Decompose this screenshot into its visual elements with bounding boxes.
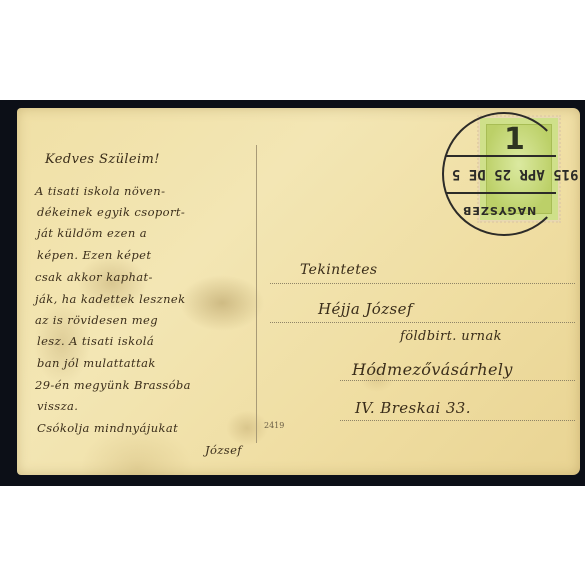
- address-line-2: [270, 322, 575, 323]
- message-line: Csókolja mindnyájukat: [37, 421, 178, 435]
- address-recipient: Héjja József: [318, 300, 413, 318]
- message-line: ban jól mulattattak: [37, 356, 156, 370]
- address-line-4: [340, 420, 575, 421]
- address-city: Hódmezővásárhely: [352, 360, 513, 379]
- postmark-bar: [446, 192, 556, 194]
- message-line: csak akkor kaphat-: [35, 270, 153, 284]
- message-line: ját küldöm ezen a: [37, 226, 147, 240]
- address-line-3: [340, 380, 575, 381]
- address-line: földbirt. urnak: [400, 329, 502, 344]
- postmark-town: NAGYSZEB: [462, 204, 536, 217]
- message-line: lesz. A tisati iskolá: [37, 334, 154, 348]
- address-line-1: [270, 283, 575, 284]
- message-line: ják, ha kadettek lesznek: [35, 292, 186, 306]
- message-line: A tisati iskola növen-: [35, 184, 165, 198]
- postmark-date: 915 APR 25 DE 5: [452, 166, 578, 182]
- signature: József: [205, 443, 242, 457]
- printed-card-number: 2419: [264, 421, 284, 430]
- card-divider-line: [256, 145, 257, 443]
- postmark-bar: [446, 155, 556, 157]
- address-street: IV. Breskai 33.: [355, 399, 471, 417]
- message-line: dékeinek egyik csoport-: [37, 205, 185, 219]
- message-line: Kedves Szüleim!: [45, 152, 160, 167]
- address-line: Tekintetes: [300, 262, 378, 278]
- message-line: képen. Ezen képet: [37, 248, 151, 262]
- message-line: vissza.: [37, 399, 78, 413]
- message-line: 29-én megyünk Brassóba: [35, 378, 191, 392]
- message-line: az is rövidesen meg: [35, 313, 158, 327]
